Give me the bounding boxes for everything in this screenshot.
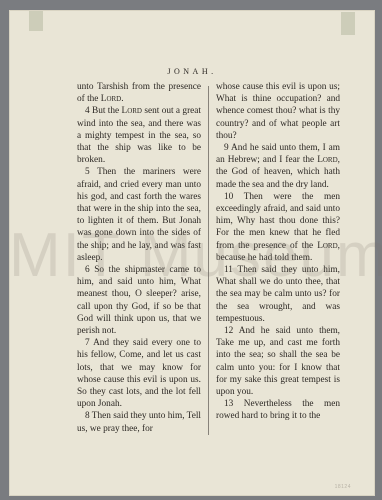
pencil-note: 18124 bbox=[335, 484, 351, 490]
paragraph: whose cause this evil is upon us; What i… bbox=[216, 81, 340, 142]
verse-13: 13 Nevertheless the men rowed hard to br… bbox=[216, 398, 340, 422]
paragraph: unto Tarshish from the presence of the L… bbox=[77, 81, 201, 105]
verse-7: 7 And they said every one to his fellow,… bbox=[77, 337, 201, 410]
left-column: unto Tarshish from the presence of the L… bbox=[77, 81, 201, 435]
verse-5: 5 Then the mariners were afraid, and cri… bbox=[77, 166, 201, 264]
running-head: JONAH. bbox=[9, 67, 375, 76]
mounting-tape-left bbox=[29, 11, 43, 31]
mounting-tape-right bbox=[341, 12, 355, 35]
book-page: JONAH. unto Tarshish from the presence o… bbox=[9, 10, 375, 496]
verse-8: 8 Then said they unto him, Tell us, we p… bbox=[77, 410, 201, 434]
verse-4: 4 But the Lord sent out a great wind int… bbox=[77, 105, 201, 166]
verse-10: 10 Then were the men exceedingly afraid,… bbox=[216, 191, 340, 264]
verse-12: 12 And he said unto them, Take me up, an… bbox=[216, 325, 340, 398]
column-divider bbox=[208, 86, 209, 435]
verse-6: 6 So the shipmaster came to him, and sai… bbox=[77, 264, 201, 337]
right-column: whose cause this evil is upon us; What i… bbox=[216, 81, 340, 423]
verse-11: 11 Then said they unto him, What shall w… bbox=[216, 264, 340, 325]
verse-9: 9 And he said unto them, I am an Hebrew;… bbox=[216, 142, 340, 191]
